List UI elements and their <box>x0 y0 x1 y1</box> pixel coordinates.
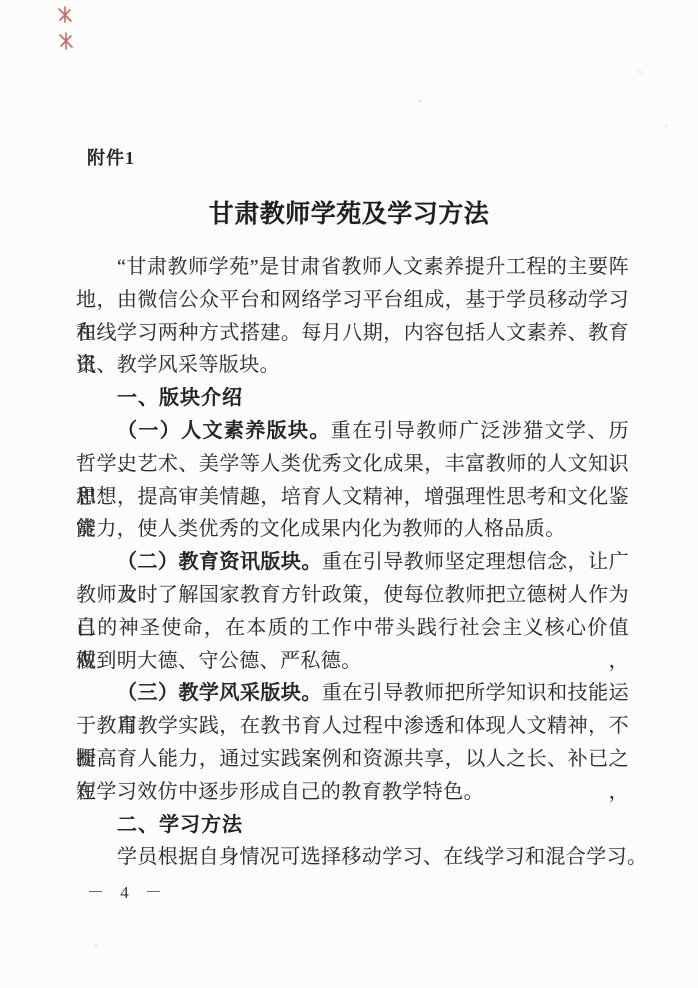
body-text-line: 思想，提高审美情趣，培育人文精神，增强理性思考和文化鉴赏 <box>76 481 629 514</box>
paragraph-lead: （一）人文素养版块。 <box>117 420 331 442</box>
body-text-line: （二）教育资讯版块。重在引导教师坚定理想信念，让广大 <box>76 546 629 579</box>
body-text-line: 提高育人能力，通过实践案例和资源共享，以人之长、补已之短， <box>76 743 629 776</box>
body-text-line: 能力，使人类优秀的文化成果内化为教师的人格品质。 <box>76 513 629 546</box>
page-number: － 4 － <box>87 878 168 903</box>
body-text-line: 讯、教学风采等版块。 <box>76 349 629 382</box>
paragraph-lead: （二）教育资讯版块。 <box>117 551 322 573</box>
red-pen-mark-icon <box>52 5 82 55</box>
body-text-line: （三）教学风采版块。重在引导教师把所学知识和技能运用 <box>76 677 629 710</box>
body-text-line: （一）人文素养版块。重在引导教师广泛涉猎文学、历史、 <box>76 415 629 448</box>
section-heading-line: 一、版块介绍 <box>76 382 629 415</box>
section-heading-line: 二、学习方法 <box>76 809 629 842</box>
body-text-line: 教师及时了解国家教育方针政策，使每位教师把立德树人作为自 <box>76 579 629 612</box>
attachment-label: 附件1 <box>87 144 135 170</box>
body-text-line: 哲学、艺术、美学等人类优秀文化成果，丰富教师的人文知识和 <box>76 448 629 481</box>
body-text-line: 在线学习两种方式搭建。每月八期，内容包括人文素养、教育资 <box>76 317 629 350</box>
body-text-line: 地，由微信公众平台和网络学习平台组成，基于学员移动学习和 <box>76 284 629 317</box>
body-text-line: 学员根据自身情况可选择移动学习、在线学习和混合学习。 <box>76 841 629 874</box>
document-body: “甘肃教师学苑”是甘肃省教师人文素养提升工程的主要阵地，由微信公众平台和网络学习… <box>76 251 629 874</box>
body-text-line: “甘肃教师学苑”是甘肃省教师人文素养提升工程的主要阵 <box>76 251 629 284</box>
body-text-line: 己的神圣使命，在本质的工作中带头践行社会主义核心价值观， <box>76 612 629 645</box>
scanned-document-page: 附件1 甘肃教师学苑及学习方法 “甘肃教师学苑”是甘肃省教师人文素养提升工程的主… <box>0 0 698 988</box>
paragraph-lead: （三）教学风采版块。 <box>117 682 322 704</box>
body-text-line: 于教育教学实践，在教书育人过程中渗透和体现人文精神，不断 <box>76 710 629 743</box>
document-title: 甘肃教师学苑及学习方法 <box>0 194 698 230</box>
red-pen-marks <box>52 5 82 55</box>
